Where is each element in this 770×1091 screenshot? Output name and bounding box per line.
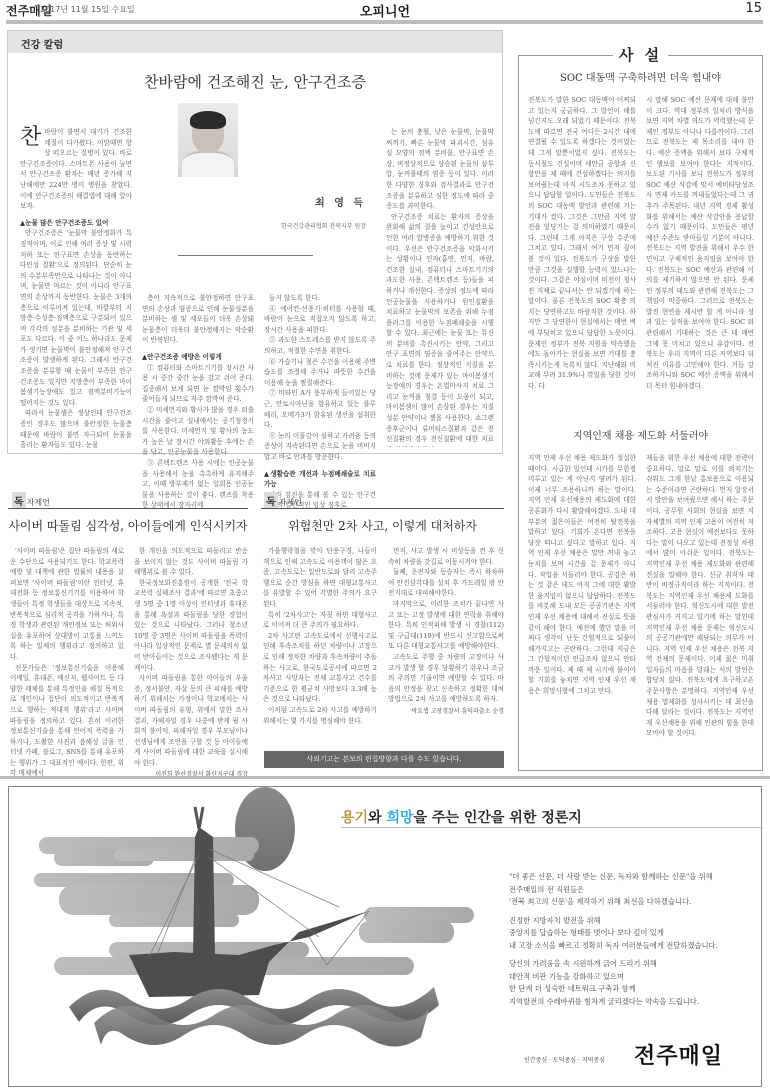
promo-ad: 용기와 희망을 주는 인간을 위한 정론지 "더 좋은 신문, 더 사랑 받는 …	[8, 786, 762, 1087]
paragraph: 층이 지속적으로 불안정하면 안구표면의 손상과 염증으로 인해 눈물성분을 분…	[142, 293, 254, 346]
header-rule	[6, 20, 763, 24]
paragraph: 가을행락철을 맞아 단풍구경, 나들이객으로 인해 고속도로 이용객이 많은 요…	[263, 546, 377, 610]
message-line: 지역발전의 수레바퀴를 힘차게 굴리겠다는 약속을 드립니다.	[509, 996, 759, 1009]
editorial-1-col-2: 시 말해 SOC 예산 문제에 대해 불만이 크다. 역대 정부의 일처리 방식…	[646, 95, 754, 445]
reader-left-col-1: '사이버 따돌림'은 집단 따돌림의 새로운 수단으로 사용되기도 한다. 학교…	[10, 546, 124, 776]
health-col-3: 들지 않도록 한다. ④ 에어컨·선풍기·히터를 사용할 때, 바람이 눈으로 …	[264, 293, 376, 511]
tip: ② 미세먼지와 황사가 많을 경우 외출 시간을 줄이고 실내에서는 공기청정기…	[142, 405, 254, 458]
slogan-text: 와	[368, 810, 386, 826]
author-info: 최 영 득 한국건강관리협회 전북지부 원장	[266, 194, 366, 230]
reader-label-right: 독자제언	[264, 490, 302, 508]
editorial-1-col-1: 전북도가 말한 SOC 대동맥이 어찌되고 있는지 궁금하다. 그 발언이 해를…	[528, 95, 636, 445]
tip: ⑧ 눈의 이물감이 심하고 가려움 등의 증상이 지속된다면 손으로 눈을 비비…	[264, 431, 376, 463]
promo-tagline: 인간중심 · 도덕중심 · 지역중심	[524, 1055, 605, 1064]
subhead: ▲생활습관 개선과 누점폐쇄술로 치료 가능	[264, 469, 376, 490]
dropcap: 찬	[20, 127, 41, 149]
reader-label-rest: 자제언	[279, 498, 302, 507]
reader-left-col-2: 한 개인을 의도적으로 따돌리고 반응을 보이지 않는 것도 사이버 따돌림 가…	[134, 546, 248, 776]
author-name: 최 영 득	[266, 194, 366, 209]
reader-title-left: 사이버 따돌림 심각성, 아이들에게 인식시키자	[8, 517, 248, 534]
message-line: 중앙지를 답습하는 형태를 벗어나 보다 깊이 있게	[509, 927, 759, 940]
health-col-2: 층이 지속적으로 불안정하면 안구표면의 손상과 염증으로 인해 눈물성분을 분…	[142, 293, 254, 511]
promo-message: "더 좋은 신문, 더 사랑 받는 신문, 독자와 함께하는 신문"을 위해 전…	[509, 871, 759, 1014]
slogan-highlight-blue: 희망	[386, 810, 413, 826]
editorial-title-2: 지역인재 채용 제도화 서둘러야	[519, 427, 762, 442]
reader-label-rest: 자제언	[27, 498, 50, 507]
reader-label-cap: 독	[12, 492, 26, 509]
divider	[518, 55, 613, 56]
paragraph: 는 눈의 충혈, 낮은 눈물막, 눈물막 찌꺼기, 빠른 눈물막 파괴시간, 섬…	[386, 127, 494, 212]
tip: ③ 콘택트렌즈 사용 시에는 인공눈물을 사용해서 눈을 촉촉하게 유지해주고,…	[142, 458, 254, 511]
message-line: 전주매일의 전 직원들은	[509, 884, 759, 897]
tip: ① 컴퓨터와 스마트기기를 장시간 사용 시 중간 중간 눈을 감고 쉬어 준다…	[142, 363, 254, 405]
tip: ⑥ 가습기나 젖은 수건을 이용해 주변 습도를 조절해 주거나 따뜻한 수건을…	[264, 357, 376, 389]
message-line: 진정한 지방자치 발전을 위해	[509, 915, 759, 928]
paragraph: 특히 '2차사고'는 자칫 하면 대형사고로 이어져 더 큰 주의가 필요하다.	[263, 610, 377, 631]
editorial-box: SOC 대동맥 구축하려면 더욱 힘내야 전북도가 말한 SOC 대동맥이 어찌…	[518, 55, 763, 771]
message-line: 대안적 비판 기능을 강화하고 있으며	[509, 971, 759, 984]
tip: ⑦ 비타민 A가 풍부하게 들어있는 당근, 안토시아닌을 함유하고 있는 블루…	[264, 388, 376, 430]
section-title: 오피니언	[0, 1, 770, 20]
promo-slogan: 용기와 희망을 주는 인간을 위한 정론지	[341, 807, 582, 827]
reader-label-left: 독자제언	[12, 490, 50, 508]
health-column-tab: 건강 칼럼	[8, 31, 502, 53]
paragraph: 따라서 눈물샘은 정상인데 안구건조증인 경우도 많으며 불안정한 눈물층 때문…	[20, 408, 132, 450]
message-line: '전북 최고의 신문'을 제작하기 위해 최선을 다하겠습니다.	[509, 896, 759, 909]
paragraph: 한국정보화진흥원이 공개한 '전국 학교폭력 실태조사 결과'에 따르면 초중고…	[134, 578, 248, 673]
editorial-2-col-1: 지역 인재 우선 채용 제도화가 절실한 때이다. 시급한 일인데 시가를 무한…	[528, 453, 636, 763]
slogan-highlight-gold: 용기	[341, 810, 368, 826]
health-column: 건강 칼럼 찬바람에 건조해진 눈, 안구건조증 찬 바람이 불면서 대기가 건…	[7, 30, 503, 454]
slogan-text: 을 주는 인간을 위한 정론지	[414, 810, 582, 826]
section-separator	[0, 776, 770, 779]
paragraph: 먼저, 사고 발생 시 비상등을 켠 후 신속히 차량을 갓길로 이동시켜야 한…	[388, 546, 504, 567]
paragraph: 들지 않도록 한다.	[264, 293, 376, 304]
health-column-label: 건강 칼럼	[21, 36, 63, 51]
divider	[341, 827, 763, 828]
tip: ⑤ 과도한 스트레스를 받지 않도록 주의하고, 적절한 수면을 취한다.	[264, 335, 376, 356]
author-photo	[178, 103, 238, 177]
byline: 박요셉 고창경찰서 흥덕파출소 순경	[388, 707, 504, 718]
divider	[178, 255, 313, 256]
message-line: "더 좋은 신문, 더 사랑 받는 신문, 독자와 함께하는 신문"을 위해	[509, 871, 759, 884]
contributor-notice: 사외기고는 본보의 편집방향과 다를 수도 있습니다.	[264, 751, 504, 768]
page-header: 전주매일 2017년 11월 15일 수요일 오피니언 15	[0, 0, 770, 22]
paragraph: 전문가들은 '정보통신기술을 이용해 이메일, 휴대폰, 메신저, 웹사이트 등…	[10, 663, 124, 776]
sailing-ship-illustration	[9, 787, 489, 1087]
paragraph: 이처럼 고속도로 2차 사고를 예방하기 위해서는 몇 가지를 명심해야 한다.	[263, 705, 377, 726]
paragraph: 한 개인을 의도적으로 따돌리고 반응을 보이지 않는 것도 사이버 따돌림 가…	[134, 546, 248, 578]
promo-logo: 전주매일	[634, 1039, 723, 1070]
divider	[668, 55, 763, 56]
health-column-title: 찬바람에 건조해진 눈, 안구건조증	[8, 71, 502, 92]
paragraph: 2차 사고란 고속도로에서 선행사고로 인해 후속조치를 하던 차량이나 고장으…	[263, 631, 377, 705]
paragraph: 고속도로 주행 중 차량의 고장이나 사고가 발생 할 경우 당황하기 쉬우나 …	[388, 652, 504, 705]
divider	[261, 508, 504, 509]
health-col-1: 찬 바람이 불면서 대기가 건조한 계절이 다가왔다. 이맘때면 항상 떠오르는…	[20, 127, 132, 451]
divider	[8, 508, 248, 509]
subhead: ▲안구건조증 예방은 이렇게	[142, 352, 254, 363]
author-role: 한국건강관리협회 전북지부 원장	[266, 221, 366, 230]
paragraph: 마지막으로, 이러한 조치가 끝나면 사고 또는 고장 발생에 대한 연락을 취…	[388, 599, 504, 652]
photo-hair	[190, 111, 226, 129]
paragraph: 안구건조증 치료는 환자의 증상을 완화해 삶의 질을 높이고 건성안으로 인한…	[386, 212, 494, 447]
tip: ④ 에어컨·선풍기·히터를 사용할 때, 바람이 눈으로 직접오지 않도록 하고…	[264, 304, 376, 336]
message-paragraph: 진정한 지방자치 발전을 위해 중앙지를 답습하는 형태를 벗어나 보다 깊이 …	[509, 915, 759, 953]
message-paragraph: 당신의 가려움을 속 시원하게 긁어 드리기 위해 대안적 비판 기능을 강화하…	[509, 958, 759, 1008]
reader-right-col-2: 먼저, 사고 발생 시 비상등을 켠 후 신속히 차량을 갓길로 이동시켜야 한…	[388, 546, 504, 746]
editorial-title-1: SOC 대동맥 구축하려면 더욱 힘내야	[519, 69, 762, 84]
paragraph: 사이버 따돌림을 통한 아이들의 우울증, 정서불안, 자살 등의 큰 피해를 …	[134, 673, 248, 768]
editorial-2-col-2: 재들을 위한 우선 채용에 대한 전략이 중요하다. 말로 말로 이를 외치기는…	[646, 453, 754, 763]
reader-right-col-1: 가을행락철을 맞아 단풍구경, 나들이객으로 인해 고속도로 이용객이 많은 요…	[263, 546, 377, 746]
paragraph: 둘째, 운전자와 동승자는 즉시 하차하여 안전삼각대를 설치 후 가드레일 밖…	[388, 567, 504, 599]
paragraph: 안구건조증은 '눈물막 불안정화가 특징적이며, 이로 인해 여러 증상 및 시…	[20, 228, 132, 408]
page-number: 15	[745, 1, 762, 16]
message-paragraph: "더 좋은 신문, 더 사랑 받는 신문, 독자와 함께하는 신문"을 위해 전…	[509, 871, 759, 909]
message-line: 한 단계 더 성숙한 네트워크 구축과 함께	[509, 983, 759, 996]
health-col-4: 는 눈의 충혈, 낮은 눈물막, 눈물막 찌꺼기, 빠른 눈물막 파괴시간, 섬…	[386, 127, 494, 447]
paragraph: '사이버 따돌림'은 집단 따돌림의 새로운 수단으로 사용되기도 한다. 학교…	[10, 546, 124, 663]
subhead: ▲눈물 많은 안구건조증도 있어	[20, 218, 132, 229]
reader-label-cap: 독	[264, 492, 278, 509]
reader-title-right: 위험천만 2차 사고, 이렇게 대처하자	[261, 517, 504, 534]
message-line: 당신의 가려움을 속 시원하게 긁어 드리기 위해	[509, 958, 759, 971]
photo-body	[182, 151, 234, 177]
message-line: 내 고장 소식을 빠르고 정확히 독자 여러분들에게 전달하겠습니다.	[509, 940, 759, 953]
